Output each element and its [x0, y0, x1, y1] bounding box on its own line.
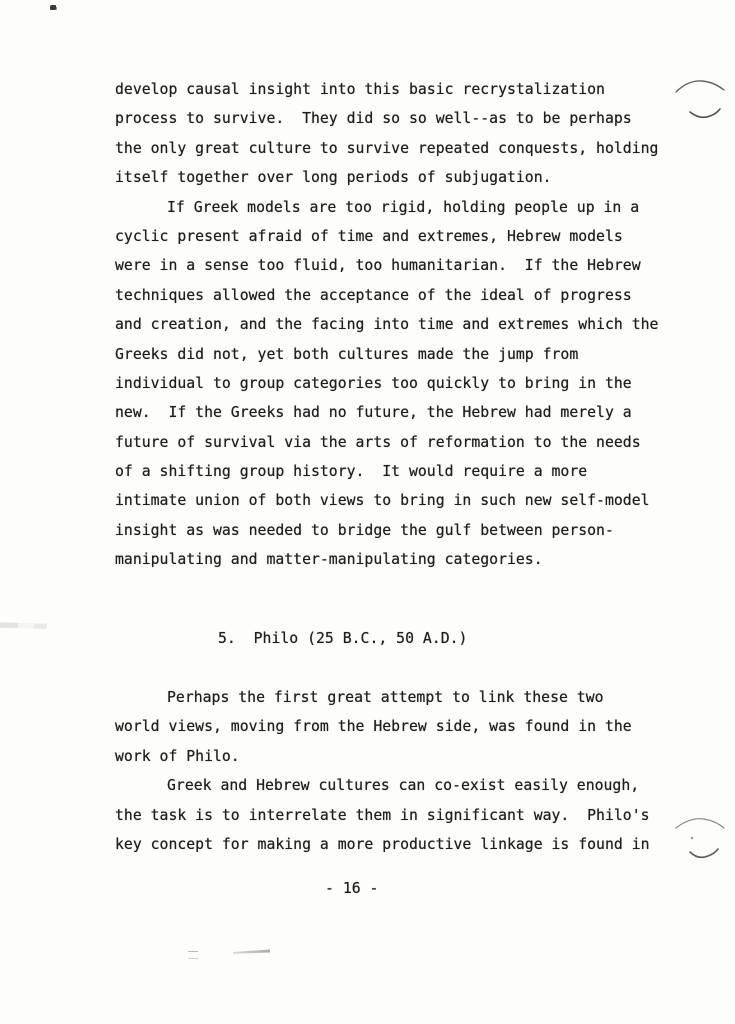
typewritten-text-block: develop causal insight into this basic r…: [115, 75, 658, 859]
text-line: future of survival via the arts of refor…: [115, 428, 658, 457]
paragraph: If Greek models are too rigid, holding p…: [115, 193, 658, 575]
scanned-document-page: develop causal insight into this basic r…: [0, 0, 735, 1024]
text-line: world views, moving from the Hebrew side…: [115, 712, 658, 741]
ink-speck-icon: [50, 5, 56, 10]
pencil-smudge: [0, 618, 62, 632]
text-line: Perhaps the first great attempt to link …: [115, 683, 658, 712]
pencil-smudge: [188, 951, 198, 959]
text-line: itself together over long periods of sub…: [115, 163, 658, 192]
text-line: develop causal insight into this basic r…: [115, 75, 658, 104]
paragraph: Perhaps the first great attempt to link …: [115, 683, 658, 771]
text-line: manipulating and matter-manipulating cat…: [115, 545, 658, 574]
paragraph: develop causal insight into this basic r…: [115, 75, 658, 193]
text-line: Greeks did not, yet both cultures made t…: [115, 340, 658, 369]
text-line: of a shifting group history. It would re…: [115, 457, 658, 486]
pen-mark-icon: [672, 76, 730, 124]
text-line: the task is to interrelate them in signi…: [115, 801, 658, 830]
text-line: Greek and Hebrew cultures can co-exist e…: [115, 771, 658, 800]
text-line: work of Philo.: [115, 742, 658, 771]
text-line: cyclic present afraid of time and extrem…: [115, 222, 658, 251]
text-line: process to survive. They did so so well-…: [115, 104, 658, 133]
text-line: intimate union of both views to bring in…: [115, 486, 658, 515]
text-line: were in a sense too fluid, too humanitar…: [115, 251, 658, 280]
text-line: and creation, and the facing into time a…: [115, 310, 658, 339]
text-line: techniques allowed the acceptance of the…: [115, 281, 658, 310]
text-line: 5. Philo (25 B.C., 50 A.D.): [218, 624, 658, 653]
text-line: new. If the Greeks had no future, the He…: [115, 398, 658, 427]
pencil-smudge: [233, 949, 270, 954]
page-number: - 16 -: [325, 874, 378, 903]
section-heading: 5. Philo (25 B.C., 50 A.D.): [218, 624, 658, 653]
text-line: insight as was needed to bridge the gulf…: [115, 516, 658, 545]
text-line: individual to group categories too quick…: [115, 369, 658, 398]
pen-mark-icon: [668, 812, 732, 866]
text-line: the only great culture to survive repeat…: [115, 134, 658, 163]
text-line: If Greek models are too rigid, holding p…: [115, 193, 658, 222]
text-line: key concept for making a more productive…: [115, 830, 658, 859]
paragraph: Greek and Hebrew cultures can co-exist e…: [115, 771, 658, 859]
